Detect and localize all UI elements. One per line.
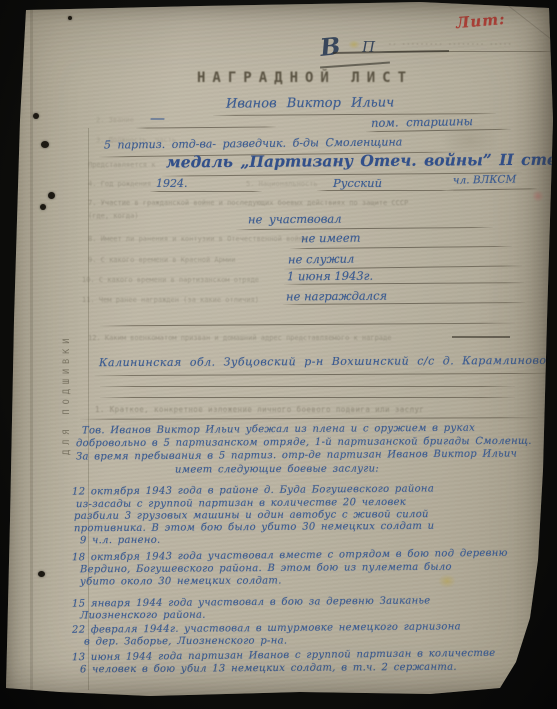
approval-underline <box>320 62 390 69</box>
field-address: Калининская обл. Зубцовский р-н Вохшинск… <box>99 354 551 369</box>
underline <box>95 373 550 376</box>
narrative-line: 9 ч.л. ранено. <box>80 535 161 546</box>
narrative-line: 15 января 1944 года участвовал в бою за … <box>72 595 431 609</box>
field-rank-blank: — <box>150 109 165 127</box>
field-award: медаль „Партизану Отеч. войны” II степ. <box>166 150 557 172</box>
label-birth: 4. Год рождения <box>88 180 151 188</box>
paper-sheet: Лит: ·· ········· ········ ····· В П НАГ… <box>0 0 557 709</box>
pink-stain <box>532 190 544 202</box>
label-civil-war: 7. Участие в гражданской войне и последу… <box>88 199 408 207</box>
blank-line <box>100 386 515 387</box>
yellow-stain <box>438 574 456 588</box>
underline <box>317 190 452 191</box>
label-partisan: 10. С какого времени в партизанском отря… <box>82 276 259 284</box>
blank-line <box>100 397 515 398</box>
narrative-line: имеет следующие боевые заслуги: <box>175 463 379 475</box>
paper-speck <box>68 16 72 20</box>
underline <box>447 188 537 191</box>
field-prior-awards: не награждался <box>286 289 387 304</box>
punch-hole <box>33 113 39 119</box>
scanned-award-sheet: Лит: ·· ········· ········ ····· В П НАГ… <box>0 0 557 709</box>
label-rank: 2. Звание <box>96 116 134 124</box>
narrative-line: 6 человек в бою убил 13 немецких солдат,… <box>80 662 457 676</box>
punch-hole <box>41 141 49 148</box>
underline <box>136 126 276 128</box>
punch-hole <box>48 192 55 199</box>
punch-hole <box>40 204 46 210</box>
narrative-line: в дер. Заборье, Лиозненского р-на. <box>84 635 287 647</box>
field-birth-year: 1924. <box>156 177 188 190</box>
narrative-line: из-засады с группой партизан в количеств… <box>76 497 406 510</box>
narrative-line: убито около 30 немецких солдат. <box>80 575 282 587</box>
section-top-line <box>80 417 538 420</box>
label-nationality: 5. Национальность <box>246 180 318 188</box>
field-civil-war: не участвовал <box>248 212 342 227</box>
fold-crease <box>30 10 33 690</box>
underline <box>236 227 493 230</box>
faint-typed-top-line: ·· ········· ········ ····· <box>388 41 513 48</box>
narrative-line: Вердино, Богушевского района. В этом бою… <box>80 562 452 576</box>
label-civil-war-2: (где, когда) <box>88 212 139 220</box>
red-corner-note: Лит: <box>455 10 506 32</box>
blank-line <box>100 323 515 327</box>
field-partisan-since: 1 июня 1943г. <box>287 269 373 284</box>
field-full-name: Иванов Виктор Ильич <box>226 95 394 111</box>
label-wounds: 8. Имеет ли ранения и контузии в Отечест… <box>88 235 307 243</box>
address-label-dash <box>452 336 510 338</box>
underline <box>290 246 512 249</box>
side-filing-note: для подшивки <box>62 334 72 455</box>
field-rank: пом. старшины <box>371 114 473 130</box>
narrative-line: 22 февраля 1944г. участвовал в штурмовке… <box>72 621 461 635</box>
approval-strike-line <box>333 50 449 54</box>
document-title: НАГРАДНОЙ ЛИСТ <box>197 70 413 86</box>
narrative-line: разбили 3 грузовых машины и один автобус… <box>74 509 429 522</box>
narrative-line: 12 октября 1943 года в районе д. Буда Бо… <box>72 483 434 497</box>
label-position: 3. Должность, часть <box>96 136 176 144</box>
field-party: чл. ВЛКСМ <box>453 173 516 186</box>
field-red-army: не служил <box>288 252 354 267</box>
narrative-line: Лиозненского района. <box>80 610 206 622</box>
yellow-stain <box>348 40 360 49</box>
punch-hole <box>38 571 45 577</box>
narrative-line: противника. В этом бою было убито 30 нем… <box>74 521 434 535</box>
narrative-line: Тов. Иванов Виктор Ильич убежал из плена… <box>82 423 475 437</box>
approval-initial-2: П <box>362 38 375 56</box>
label-address: 12. Каким военкоматом призван и домашний… <box>88 334 391 342</box>
underline <box>150 191 262 192</box>
label-presented: Представляется к <box>88 161 155 169</box>
label-prior-awards: 11. Чем ранее награжден (за какие отличи… <box>82 296 259 304</box>
field-nationality: Русский <box>333 176 382 190</box>
narrative-line: За время пребывания в 5 партиз. отр-де п… <box>76 448 517 462</box>
label-red-army: 9. С какого времени в Красной Армии <box>88 256 236 264</box>
label-section-heading: 1. Краткое, конкретное изложение личного… <box>95 405 424 414</box>
field-wounds: не имеет <box>301 231 361 246</box>
approval-initial: В <box>319 31 342 62</box>
narrative-line: добровольно в 5 партизанском отряде, 1-й… <box>76 436 532 449</box>
